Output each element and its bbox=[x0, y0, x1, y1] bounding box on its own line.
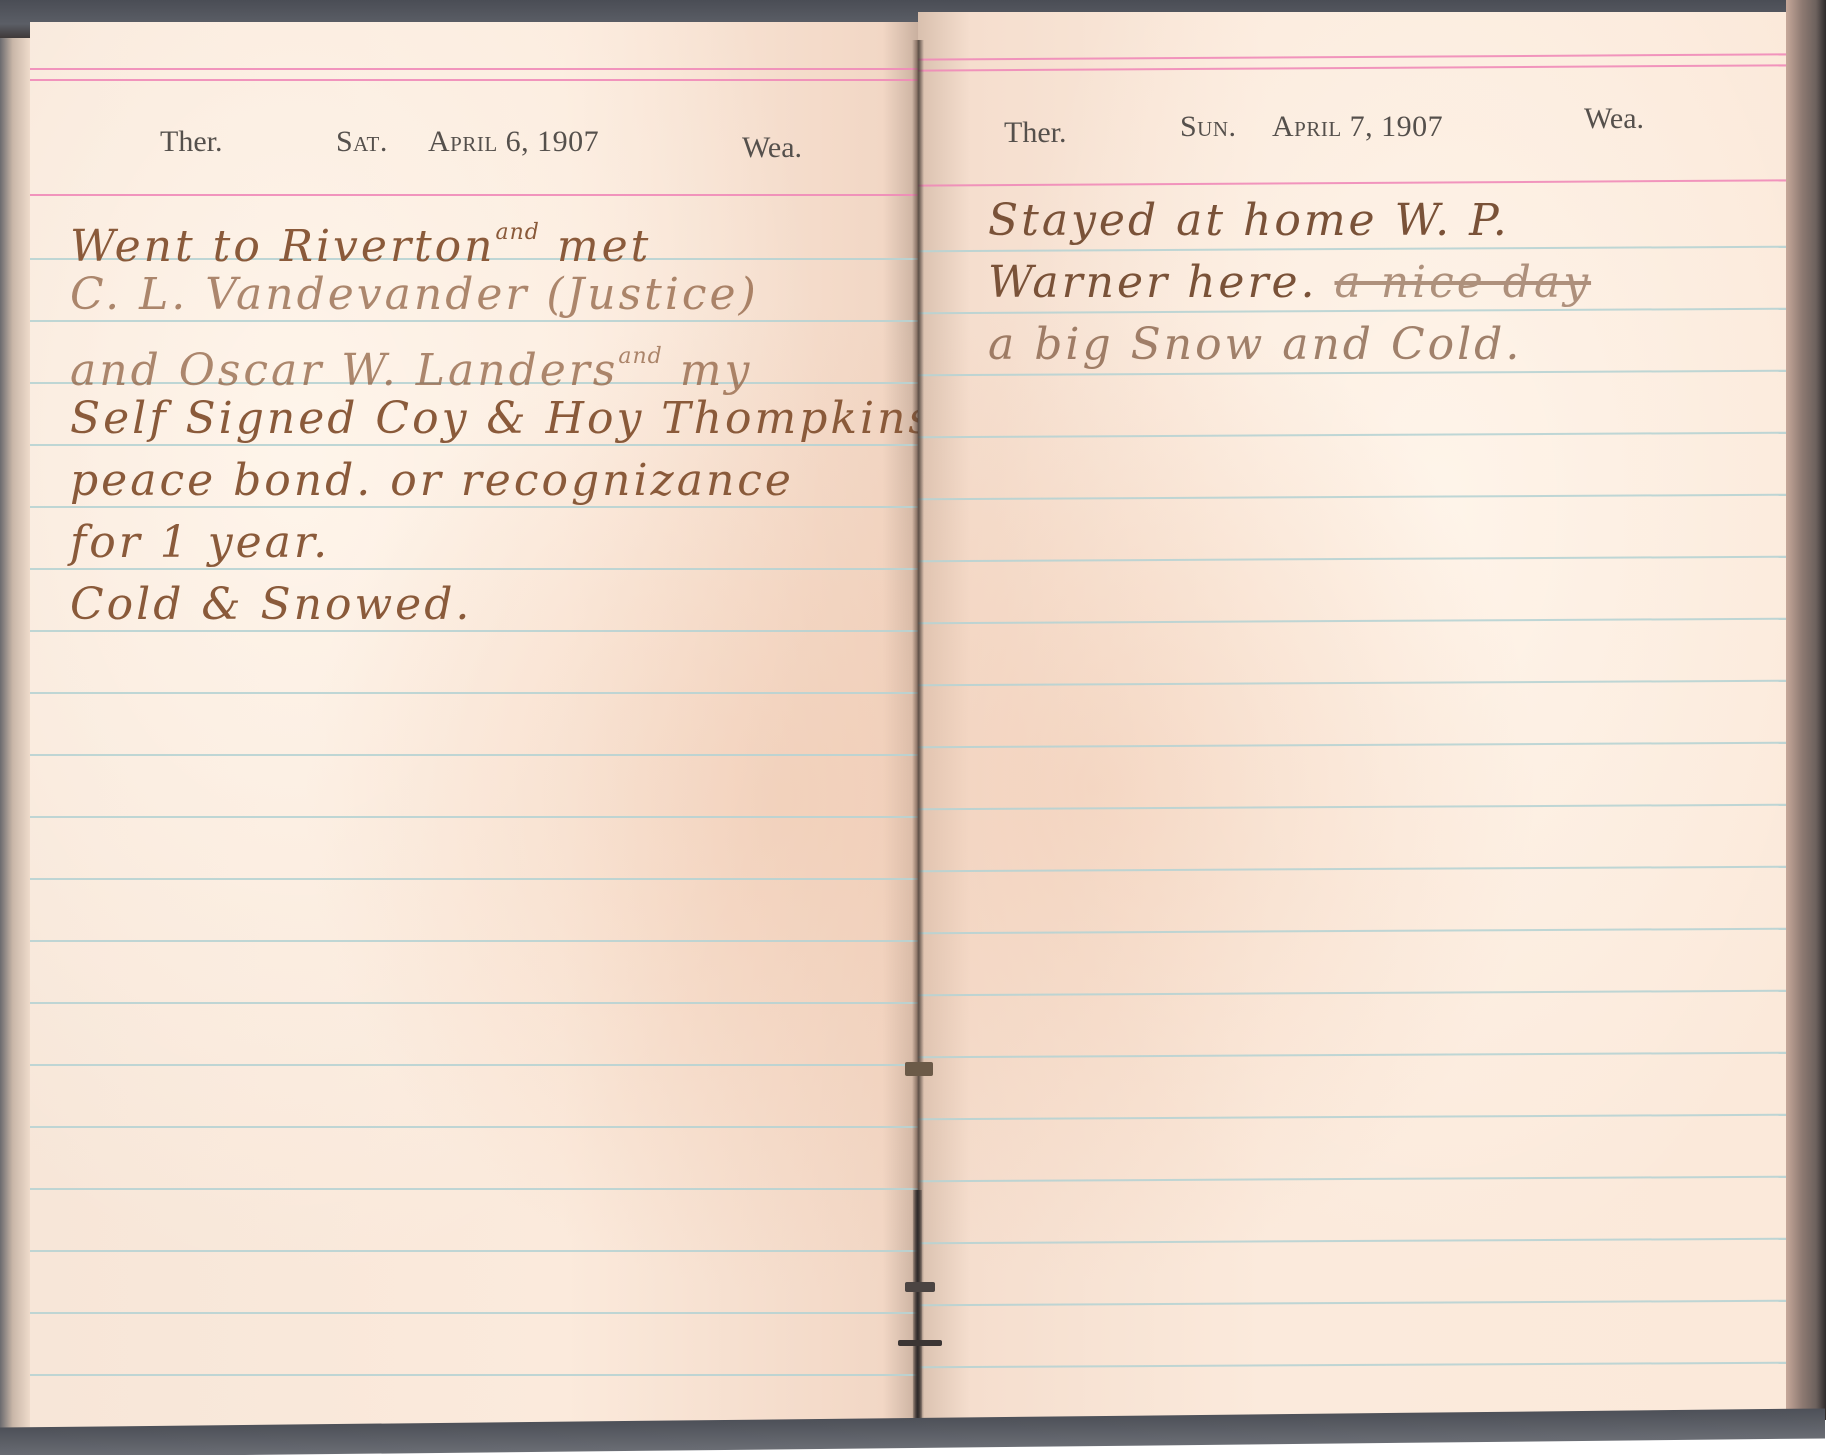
ruled-line bbox=[30, 816, 918, 818]
ruled-line bbox=[918, 990, 1788, 997]
entry-line: for 1 year. bbox=[70, 512, 918, 574]
ruled-line bbox=[30, 1312, 918, 1314]
weather-label: Wea. bbox=[742, 131, 802, 165]
ruled-line bbox=[30, 1374, 918, 1376]
diary-page-right: Ther. Sun. April 7, 1907 Wea. Stayed at … bbox=[918, 12, 1788, 1422]
ruled-line bbox=[30, 1002, 918, 1004]
entry-text: my bbox=[680, 345, 753, 396]
header-rule-bottom bbox=[918, 179, 1788, 186]
ruled-line bbox=[918, 618, 1788, 625]
ruled-line bbox=[30, 754, 918, 756]
ruled-line bbox=[30, 1250, 918, 1252]
entry-line: Self Signed Coy & Hoy Thompkins bbox=[70, 388, 918, 450]
ruled-line bbox=[30, 878, 918, 880]
ruled-line bbox=[918, 1114, 1788, 1121]
header-rule-top-1 bbox=[918, 53, 1788, 60]
day-label: Sat. bbox=[336, 125, 388, 159]
ruled-line bbox=[918, 556, 1788, 563]
inserted-word: and bbox=[495, 220, 539, 245]
ruled-line bbox=[918, 866, 1788, 873]
ruled-line bbox=[918, 928, 1788, 935]
weather-label: Wea. bbox=[1584, 102, 1644, 136]
entry-line: peace bond. or recognizance bbox=[70, 450, 918, 512]
diary-page-left: Ther. Sat. April 6, 1907 Wea. Went to Ri… bbox=[30, 22, 918, 1432]
diary-entry-right: Stayed at home W. P. Warner here. a nice… bbox=[988, 190, 1591, 376]
page-header-left: Ther. Sat. April 6, 1907 Wea. bbox=[30, 125, 918, 165]
binding-stitch bbox=[898, 1340, 942, 1346]
diary-entry-left: Went to Rivertonand met C. L. Vandevande… bbox=[70, 202, 918, 636]
entry-line: and Oscar W. Landersand my bbox=[70, 326, 918, 388]
ruled-line bbox=[918, 1176, 1788, 1183]
ruled-line bbox=[918, 804, 1788, 811]
struck-out-text: a nice day bbox=[1335, 257, 1592, 308]
entry-line: Warner here. a nice day bbox=[988, 252, 1591, 314]
ruled-line bbox=[30, 1188, 918, 1190]
header-rule-bottom bbox=[30, 194, 918, 196]
day-label: Sun. bbox=[1180, 110, 1237, 144]
ruled-line bbox=[30, 692, 918, 694]
entry-line: Went to Rivertonand met bbox=[70, 202, 918, 264]
date-label: April 7, 1907 bbox=[1272, 110, 1443, 144]
header-rule-top-2 bbox=[30, 79, 918, 81]
entry-text: and Oscar W. Landers bbox=[70, 345, 618, 396]
page-header-right: Ther. Sun. April 7, 1907 Wea. bbox=[918, 110, 1788, 150]
ruled-line bbox=[918, 432, 1788, 439]
entry-text: Warner here. bbox=[988, 257, 1318, 308]
header-rule-top-1 bbox=[30, 68, 918, 70]
thermometer-label: Ther. bbox=[1004, 116, 1066, 150]
ruled-line bbox=[918, 1238, 1788, 1245]
page-stack-left-edge bbox=[0, 38, 32, 1428]
ruled-line bbox=[918, 1052, 1788, 1059]
date-label: April 6, 1907 bbox=[428, 125, 599, 159]
ruled-line bbox=[918, 742, 1788, 749]
entry-line: a big Snow and Cold. bbox=[988, 314, 1591, 376]
ruled-line bbox=[30, 1126, 918, 1128]
binding-stitch bbox=[905, 1062, 933, 1076]
entry-line: Stayed at home W. P. bbox=[988, 190, 1591, 252]
ruled-line bbox=[918, 1300, 1788, 1307]
ruled-line bbox=[30, 940, 918, 942]
entry-line: C. L. Vandevander (Justice) bbox=[70, 264, 918, 326]
binding-stitch bbox=[905, 1282, 935, 1292]
inserted-word: and bbox=[618, 344, 662, 369]
header-rule-top-2 bbox=[918, 64, 1788, 71]
ruled-line bbox=[918, 1362, 1788, 1369]
ruled-line bbox=[918, 494, 1788, 501]
ruled-line bbox=[30, 1064, 918, 1066]
entry-line: Cold & Snowed. bbox=[70, 574, 918, 636]
book-cover-right-edge bbox=[1786, 0, 1826, 1420]
book-spine-gutter bbox=[913, 1190, 922, 1430]
thermometer-label: Ther. bbox=[160, 125, 222, 159]
ruled-line bbox=[918, 680, 1788, 687]
